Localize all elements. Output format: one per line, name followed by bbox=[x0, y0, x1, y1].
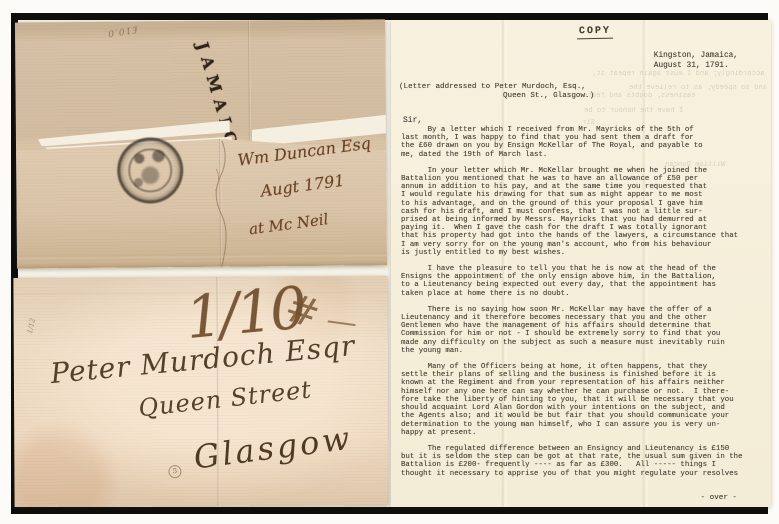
dateline-date: August 31, 1791. bbox=[654, 62, 738, 72]
page-note-over: - over - bbox=[701, 494, 737, 502]
manuscript-pencil-note: £10.0 bbox=[106, 23, 138, 37]
transcript-dateline: Kingston, Jamaica, August 31, 1791. bbox=[654, 52, 738, 71]
transcript-paragraph: The regulated difference between an Ensi… bbox=[401, 445, 767, 478]
addressed-note-line2: Queen St., Glasgow.) bbox=[503, 92, 594, 100]
manuscript-side-note: 1/12 bbox=[26, 317, 37, 334]
salutation: Sir, bbox=[403, 116, 422, 125]
small-circled-number: 5 bbox=[168, 465, 181, 478]
manuscript-squiggle bbox=[202, 139, 237, 269]
dateline-place: Kingston, Jamaica, bbox=[654, 52, 738, 62]
transcript-paragraph: By a letter which I received from Mr. Ma… bbox=[401, 126, 767, 159]
showthrough-line: easiness, doubts and fears. bbox=[579, 92, 695, 100]
showthrough-line: accordingly; and I must again repeat it, bbox=[592, 70, 765, 78]
transcript-body: By a letter which I received from Mr. Ma… bbox=[401, 126, 767, 486]
transcript-paragraph: In your letter which Mr. McKellar brough… bbox=[401, 167, 767, 257]
transcript-paragraph: I have the pleasure to tell you that he … bbox=[401, 265, 767, 298]
scanned-cover-lot-image: £10.0 JAMAICA Wm Duncan Esq Augt 1791 at… bbox=[0, 0, 779, 524]
address-line-city: Glasgow bbox=[192, 419, 355, 477]
showthrough-line: I have the honour to be bbox=[584, 107, 683, 115]
manuscript-dash bbox=[328, 320, 356, 326]
transcript-title: COPY bbox=[577, 26, 613, 40]
cover-back-photo: £10.0 JAMAICA Wm Duncan Esq Augt 1791 at… bbox=[15, 19, 387, 268]
circular-datestamp bbox=[117, 137, 184, 204]
addressed-note-line1: (Letter addressed to Peter Murdoch, Esq.… bbox=[399, 83, 586, 91]
transcript-paragraph: There is no saying how soon Mr. McKellar… bbox=[401, 306, 767, 355]
showthrough-line: and so speedy, as to relieve the bbox=[629, 84, 767, 92]
cover-front-photo: 1/10 # Peter Murdoch Esqr Queen Street G… bbox=[13, 276, 388, 507]
transcript-paragraph: Many of the Officers being at home, it o… bbox=[401, 363, 767, 437]
address-line-street: Queen Street bbox=[137, 375, 313, 422]
transcript-page: accordingly; and I must again repeat it,… bbox=[391, 20, 771, 507]
